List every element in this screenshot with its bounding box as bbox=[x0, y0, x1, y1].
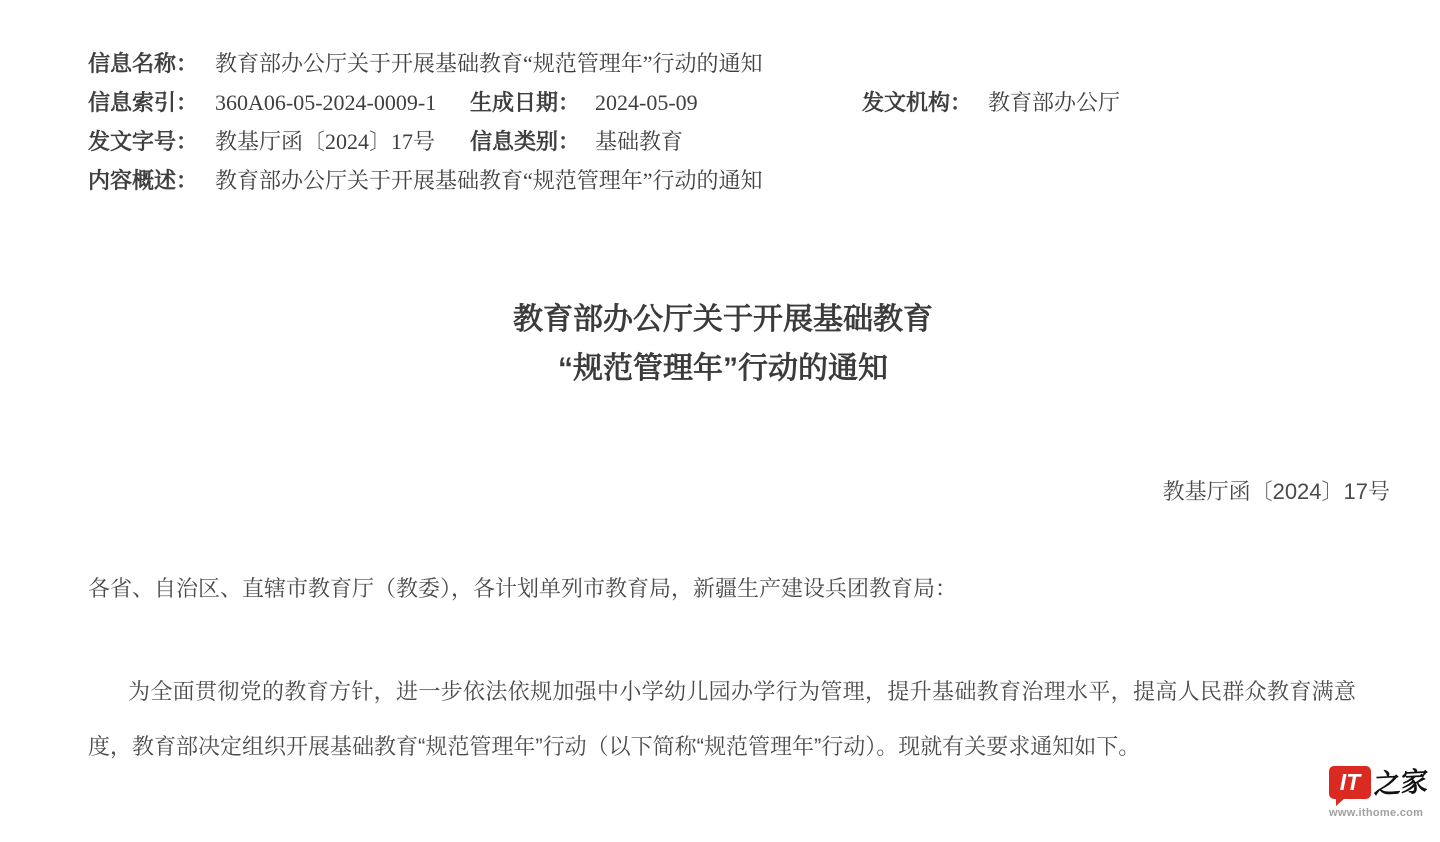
body-paragraph: 为全面贯彻党的教育方针，进一步依法依规加强中小学幼儿园办学行为管理，提升基础教育… bbox=[88, 664, 1356, 774]
ithome-watermark: IT 之家 www.ithome.com bbox=[1329, 766, 1428, 819]
document-title-line2: “规范管理年”行动的通知 bbox=[88, 344, 1358, 393]
meta-row-index: 信息索引： 360A06-05-2024-0009-1 生成日期： 2024-0… bbox=[88, 83, 1398, 122]
ithome-logo-row: IT 之家 bbox=[1329, 766, 1428, 804]
document-metadata: 信息名称： 教育部办公厅关于开展基础教育“规范管理年”行动的通知 信息索引： 3… bbox=[88, 44, 1398, 200]
meta-label-name: 信息名称： bbox=[88, 44, 198, 83]
ithome-logo-icon: IT bbox=[1329, 766, 1371, 799]
meta-value-index: 360A06-05-2024-0009-1 bbox=[215, 83, 436, 122]
meta-row-summary: 内容概述： 教育部办公厅关于开展基础教育“规范管理年”行动的通知 bbox=[88, 161, 1398, 200]
meta-label-agency: 发文机构： bbox=[862, 83, 972, 122]
ithome-logo-text: IT bbox=[1340, 769, 1360, 795]
meta-label-category: 信息类别： bbox=[470, 122, 580, 161]
meta-value-summary: 教育部办公厅关于开展基础教育“规范管理年”行动的通知 bbox=[215, 161, 763, 200]
meta-value-category: 基础教育 bbox=[595, 122, 683, 161]
meta-label-index: 信息索引： bbox=[88, 83, 198, 122]
meta-value-docnum: 教基厅函〔2024〕17号 bbox=[215, 122, 435, 161]
ithome-url-text: www.ithome.com bbox=[1329, 807, 1428, 819]
meta-value-agency: 教育部办公厅 bbox=[988, 83, 1120, 122]
meta-label-date: 生成日期： bbox=[470, 83, 580, 122]
meta-row-name: 信息名称： 教育部办公厅关于开展基础教育“规范管理年”行动的通知 bbox=[88, 44, 1398, 83]
salutation-line: 各省、自治区、直辖市教育厅（教委），各计划单列市教育局，新疆生产建设兵团教育局： bbox=[88, 561, 1378, 616]
document-title-line1: 教育部办公厅关于开展基础教育 bbox=[88, 295, 1358, 344]
meta-label-summary: 内容概述： bbox=[88, 161, 198, 200]
ithome-brand-text: 之家 bbox=[1373, 765, 1429, 803]
document-number: 教基厅函〔2024〕17号 bbox=[1163, 477, 1390, 507]
meta-value-date: 2024-05-09 bbox=[595, 83, 698, 122]
document-title: 教育部办公厅关于开展基础教育 “规范管理年”行动的通知 bbox=[88, 295, 1358, 393]
meta-label-docnum: 发文字号： bbox=[88, 122, 198, 161]
meta-value-name: 教育部办公厅关于开展基础教育“规范管理年”行动的通知 bbox=[215, 44, 763, 83]
meta-row-docnum: 发文字号： 教基厅函〔2024〕17号 信息类别： 基础教育 bbox=[88, 122, 1398, 161]
